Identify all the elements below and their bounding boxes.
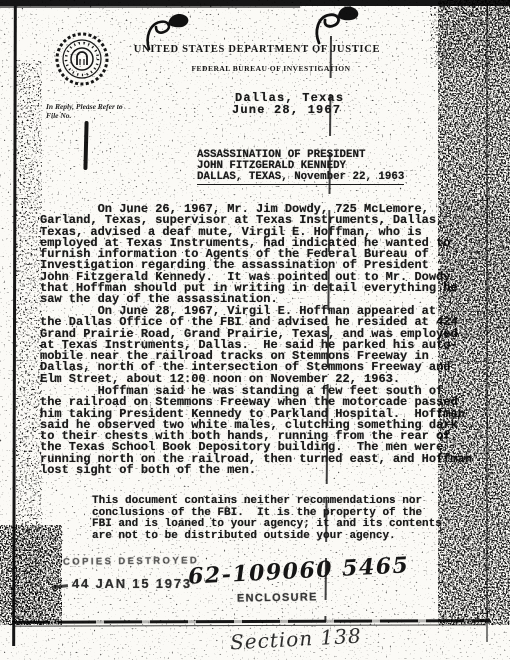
page-bottom-border-inner [14, 624, 486, 627]
body-paragraph-2: On June 28, 1967, Virgil E. Hoffman appe… [40, 306, 458, 385]
pen-mark [83, 121, 88, 170]
copies-destroyed-stamp: COPIES DESTROYED [63, 555, 199, 567]
date-received-stamp: 44 JAN 15 1973 [72, 576, 192, 591]
pen-dash-mark [52, 584, 68, 589]
agency-title: UNITED STATES DEPARTMENT OF JUSTICE [105, 44, 409, 55]
subject-line-3: DALLAS, TEXAS, November 22, 1963 [197, 172, 404, 185]
doj-fbi-seal-icon [54, 31, 110, 87]
scan-top-edge-detail [0, 6, 300, 8]
handwritten-file-number: 62-109060 5465 [187, 552, 410, 590]
bureau-title: FEDERAL BUREAU OF INVESTIGATION [121, 64, 421, 73]
body-paragraph-1: On June 26, 1967, Mr. Jim Dowdy, 725 McL… [40, 204, 458, 306]
disclaimer-text: This document contains neither recommend… [92, 496, 442, 542]
scan-right-edge [486, 0, 488, 642]
reply-reference-note: In Reply, Please Refer to File No. [46, 103, 123, 120]
enclosure-stamp: ENCLOSURE [237, 591, 318, 604]
page-bottom-border [12, 619, 490, 623]
handwritten-section-note: Section 138 [229, 624, 362, 655]
scan-left-edge [12, 4, 17, 646]
scanned-fbi-document: UNITED STATES DEPARTMENT OF JUSTICE FEDE… [0, 0, 510, 660]
dateline-date: June 28, 1967 [232, 103, 341, 117]
body-paragraph-3: Hoffman said he was standing a few feet … [40, 386, 472, 476]
